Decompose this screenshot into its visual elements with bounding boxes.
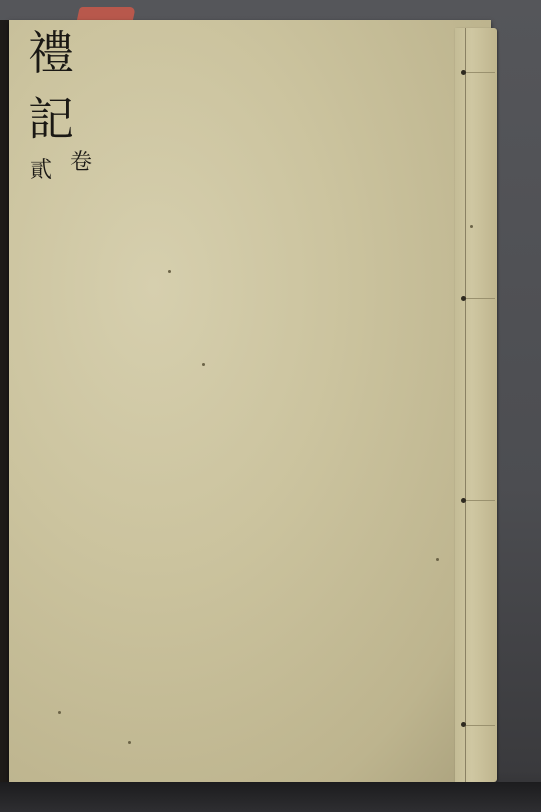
binding-fold	[463, 298, 495, 299]
book-spine-binding	[455, 28, 497, 782]
volume-character-er: 貳	[30, 160, 52, 182]
binding-fold	[463, 725, 495, 726]
paper-speck	[436, 558, 439, 561]
binding-fold	[463, 72, 495, 73]
stitch-hole	[461, 498, 466, 503]
paper-speck	[128, 741, 131, 744]
paper-speck	[202, 363, 205, 366]
volume-character-juan: 卷	[70, 152, 92, 174]
title-character-ji: 記	[28, 96, 74, 142]
stitch-hole	[461, 70, 466, 75]
table-shadow	[0, 782, 541, 812]
paper-speck	[168, 270, 171, 273]
stitch-hole	[461, 722, 466, 727]
binding-fold	[463, 500, 495, 501]
stitch-hole	[461, 296, 466, 301]
book-cover	[9, 20, 491, 782]
binding-crease	[465, 28, 466, 782]
paper-speck	[58, 711, 61, 714]
paper-speck	[470, 225, 473, 228]
title-character-li: 禮	[28, 30, 74, 76]
